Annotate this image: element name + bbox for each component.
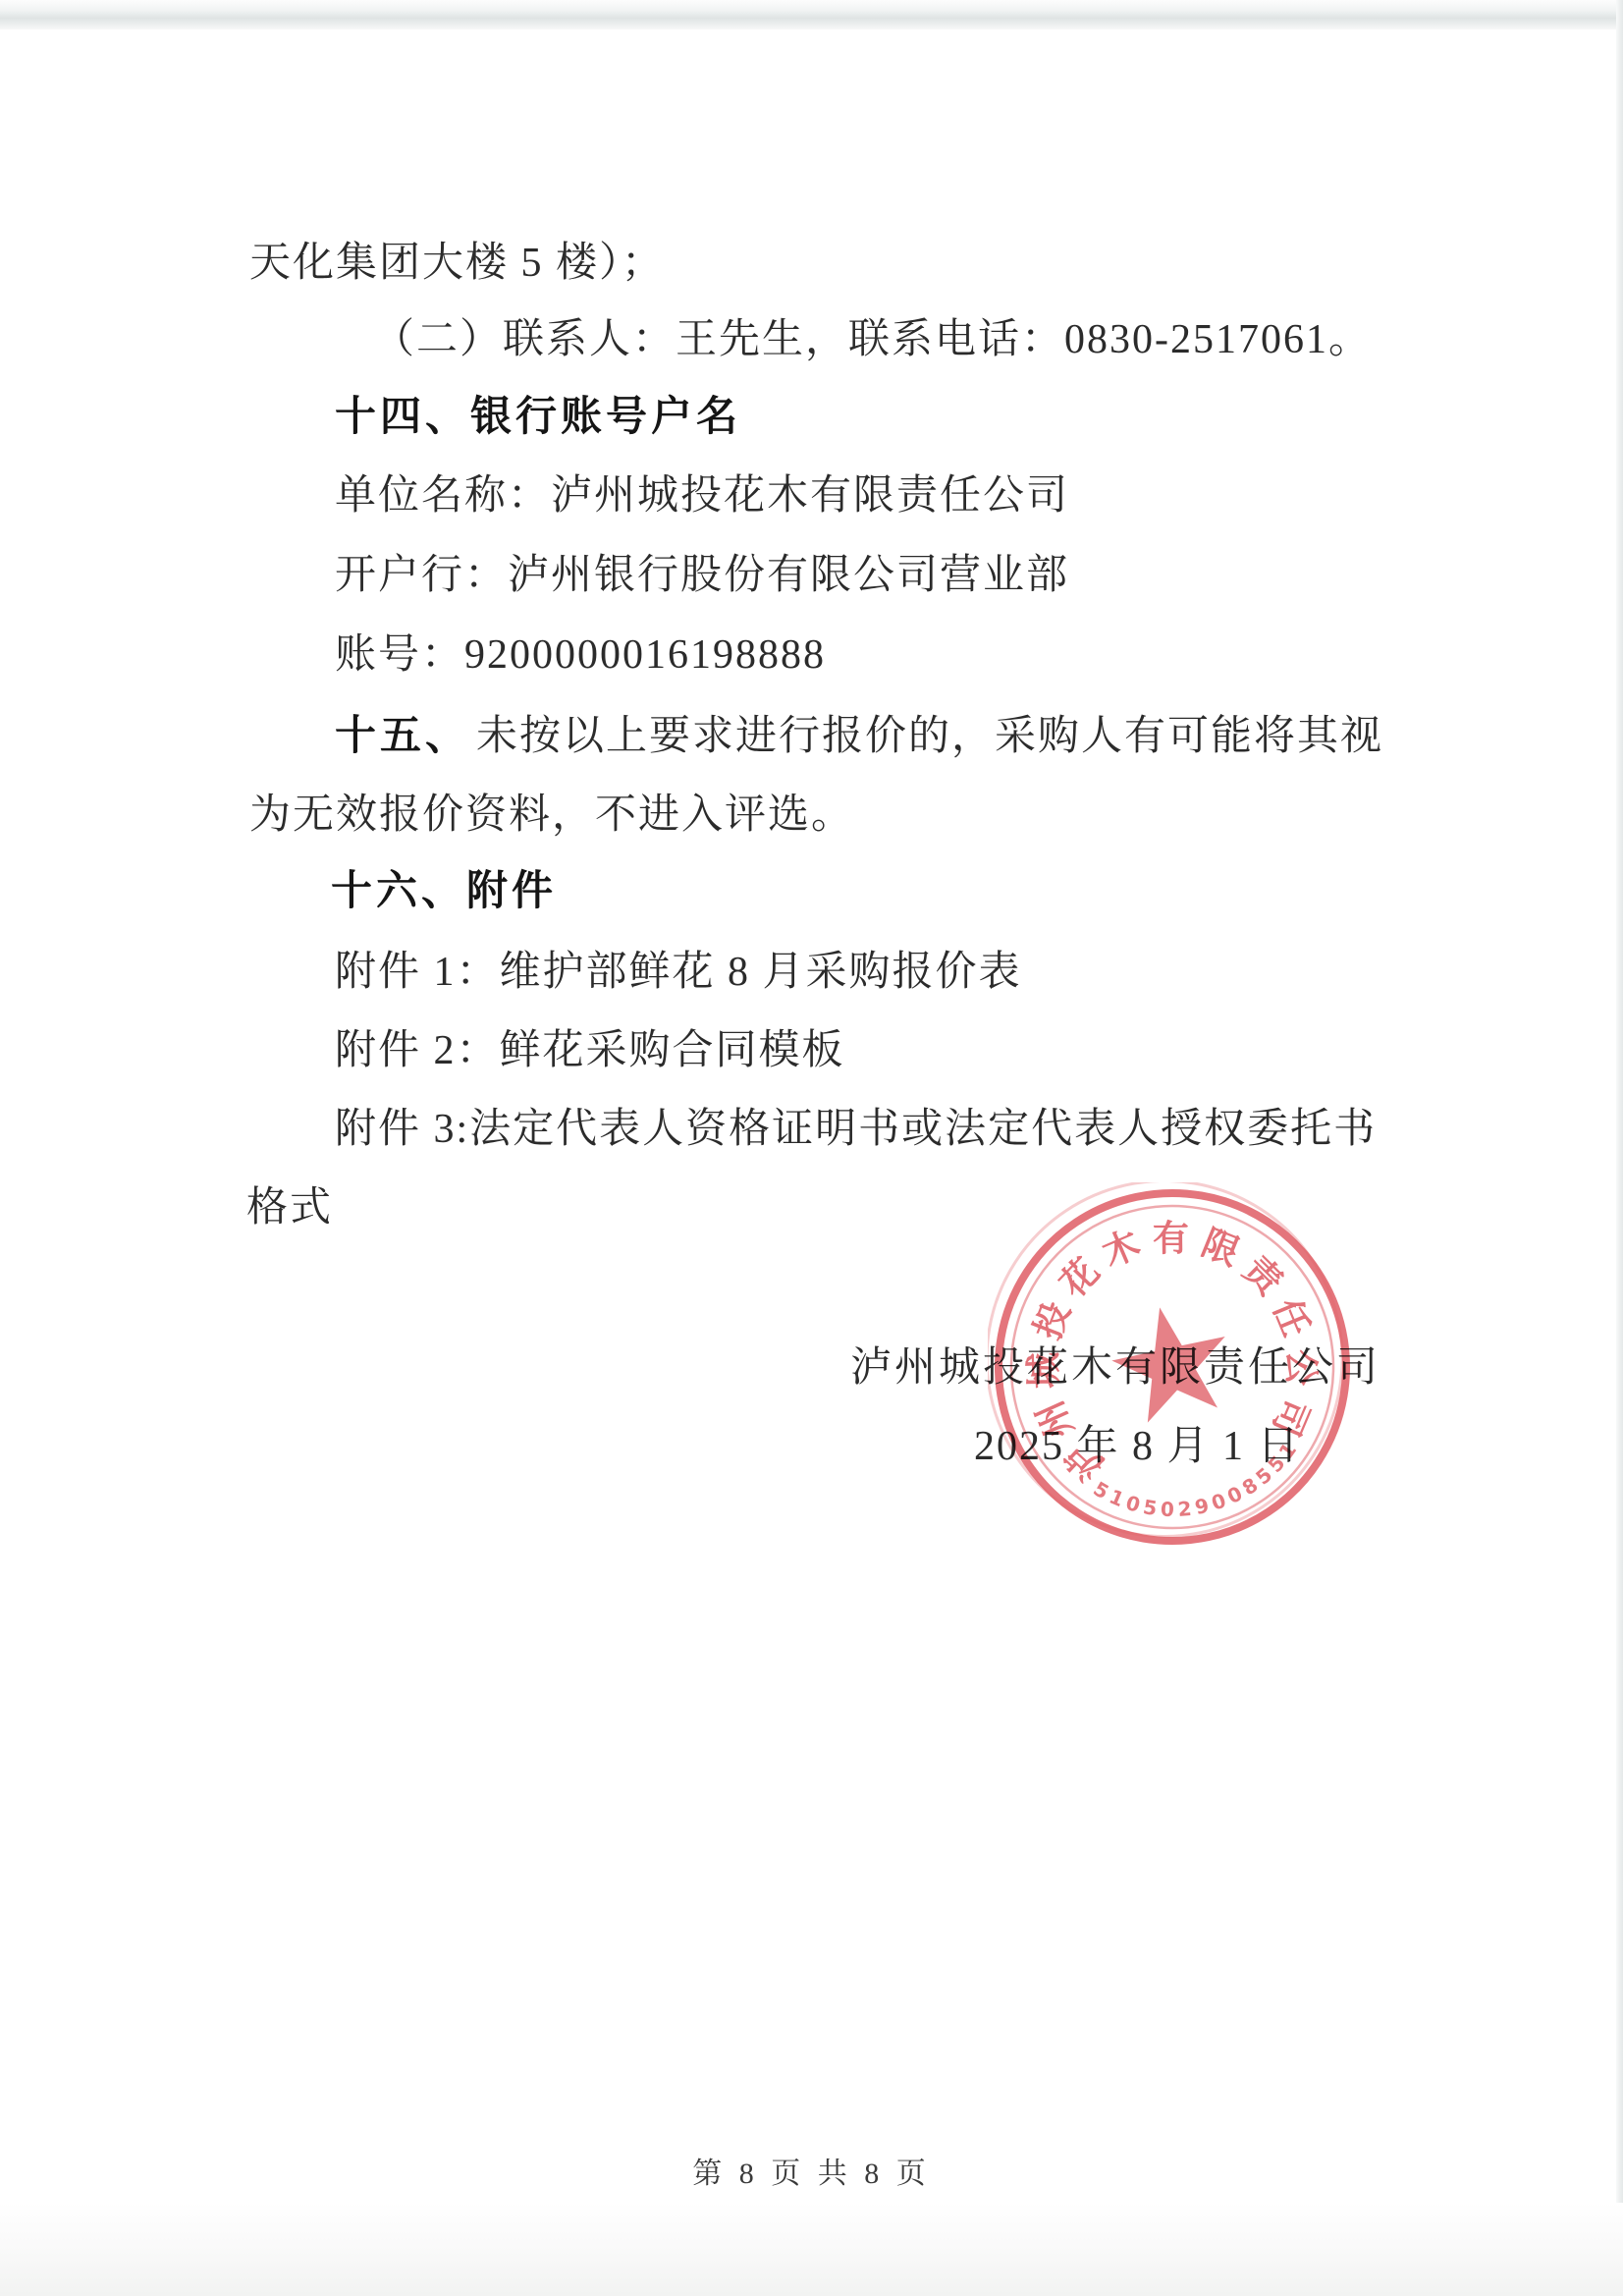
svg-text:花: 花 [1053,1251,1108,1306]
line-account-number: 账号：9200000016198888 [335,616,826,694]
svg-text:任: 任 [1265,1293,1317,1342]
line-attachment-3: 附件 3:法定代表人资格证明书或法定代表人授权委托书 [335,1090,1377,1169]
svg-text:司: 司 [1265,1393,1317,1442]
svg-text:州: 州 [1030,1394,1082,1445]
company-seal-stamp: 泸州城投花木有限责任公司 5105029008551 [988,1182,1357,1552]
svg-text:5: 5 [1142,1495,1160,1520]
line-contact-info: （二）联系人：王先生，联系电话：0830-2517061。 [373,301,1372,379]
svg-text:有: 有 [1153,1218,1189,1259]
line-attachment-3-cont: 格式 [246,1169,333,1247]
line-bank-branch: 开户行：泸州银行股份有限公司营业部 [335,536,1069,615]
line-address-continuation: 天化集团大楼 5 楼）； [249,224,665,302]
page-number: 第 8 页 共 8 页 [0,2157,1623,2192]
svg-text:公: 公 [1279,1349,1320,1386]
svg-text:限: 限 [1196,1223,1245,1275]
svg-text:9: 9 [1193,1494,1212,1519]
star-icon [1103,1295,1239,1427]
svg-text:2: 2 [1177,1497,1193,1521]
scan-edge-bottom [0,2203,1623,2296]
seal-registration-code: 5105029008551 [1086,1435,1311,1540]
heading-section-16: 十六、附件 [331,852,557,931]
line-section-15: 十五、未按以上要求进行报价的，采购人有可能将其视 [335,697,1383,776]
line-section-15-cont: 为无效报价资料，不进入评选。 [249,776,854,854]
svg-text:责: 责 [1235,1248,1291,1304]
document-page: 天化集团大楼 5 楼）； （二）联系人：王先生，联系电话：0830-251706… [0,0,1623,2296]
svg-text:0: 0 [1161,1498,1175,1521]
heading-section-14: 十四、银行账号户名 [335,378,741,457]
line-section-15-text: 未按以上要求进行报价的，采购人有可能将其视 [476,714,1383,759]
heading-section-15: 十五、 [335,714,470,759]
svg-text:投: 投 [1027,1296,1079,1345]
svg-text:0: 0 [1123,1491,1143,1517]
scan-edge-right [1616,0,1623,2296]
svg-text:城: 城 [1023,1351,1065,1389]
line-account-name: 单位名称：泸州城投花木有限责任公司 [335,457,1069,535]
line-attachment-1: 附件 1：维护部鲜花 8 月采购报价表 [335,933,1022,1011]
line-attachment-2: 附件 2：鲜花采购合同模板 [335,1011,845,1090]
svg-text:木: 木 [1097,1224,1147,1276]
scan-edge-top [0,0,1623,29]
